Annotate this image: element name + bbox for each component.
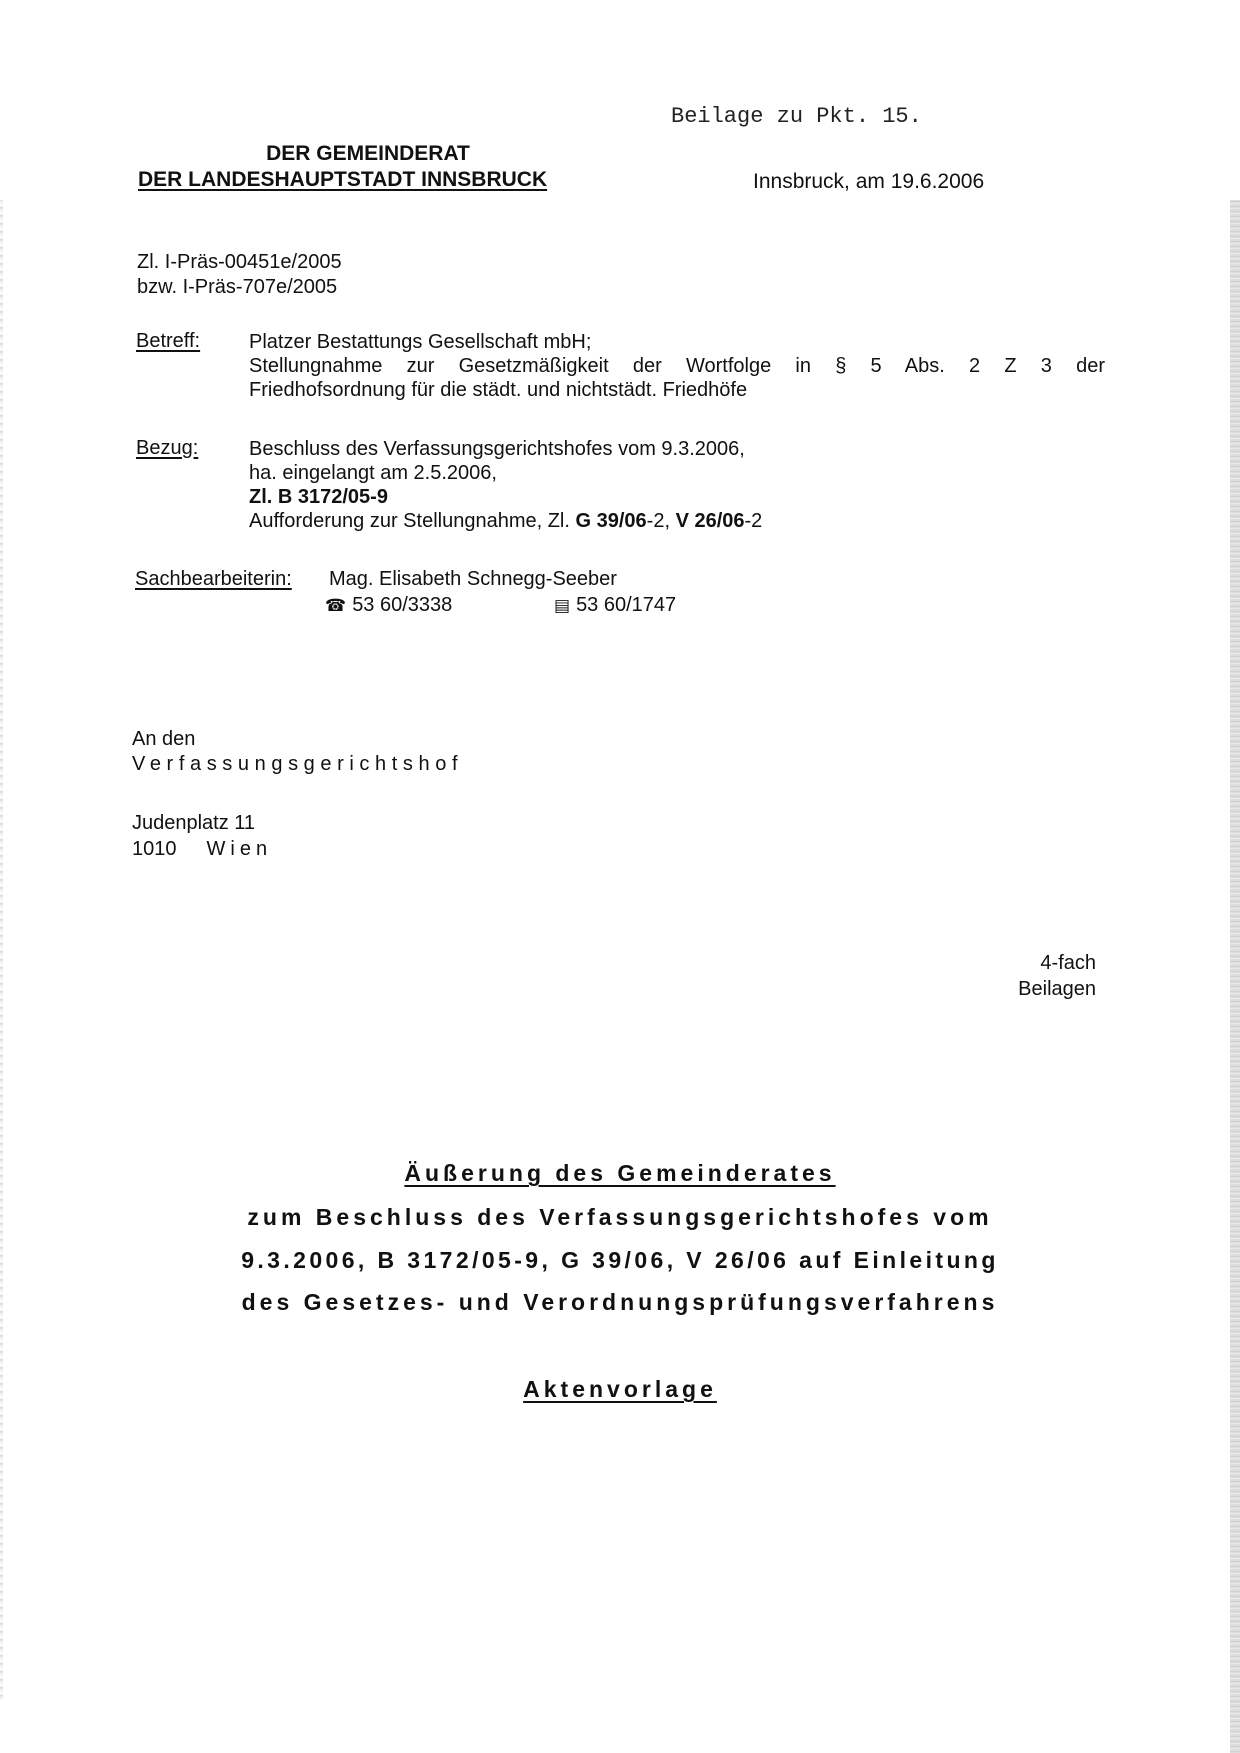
place-date: Innsbruck, am 19.6.2006 <box>753 170 984 194</box>
subject-label: Betreff: <box>136 330 200 353</box>
recipient-salutation: An den <box>132 727 195 752</box>
clerk-label: Sachbearbeiterin: <box>135 568 292 591</box>
postcode: 1010 <box>132 838 177 860</box>
reference-line: Beschluss des Verfassungsgerichtshofes v… <box>249 437 762 461</box>
clerk-name: Mag. Elisabeth Schnegg-Seeber <box>329 568 617 591</box>
fax-number: ▤53 60/1747 <box>554 594 676 617</box>
statement-subtitle-line: des Gesetzes- und Verordnungsprüfungsver… <box>0 1289 1240 1316</box>
subject-line: Platzer Bestattungs Gesellschaft mbH; <box>249 330 1105 354</box>
file-submission-heading: Aktenvorlage <box>0 1376 1240 1403</box>
subject-text: Platzer Bestattungs Gesellschaft mbH; St… <box>249 330 1105 402</box>
reference-file-number: Zl. B 3172/05-9 <box>249 485 762 509</box>
reference-g-suffix: -2, <box>647 510 676 532</box>
scan-edge-artifact <box>1230 200 1240 1753</box>
subject-line: Friedhofsordnung für die städt. und nich… <box>249 378 1105 402</box>
reference-line: ha. eingelangt am 2.5.2006, <box>249 461 762 485</box>
statement-subtitle-line: zum Beschluss des Verfassungsgerichtshof… <box>0 1204 1240 1231</box>
reference-g-number: G 39/06 <box>575 510 646 532</box>
statement-subtitle-line: 9.3.2006, B 3172/05-9, G 39/06, V 26/06 … <box>0 1247 1240 1274</box>
reference-line: bzw. I-Präs-707e/2005 <box>137 275 342 300</box>
fax-value: 53 60/1747 <box>576 594 676 616</box>
city: Wien <box>207 838 273 860</box>
reference-text: Beschluss des Verfassungsgerichtshofes v… <box>249 437 762 533</box>
phone-number: ☎53 60/3338 <box>325 594 452 617</box>
copies-note: 4-fach Beilagen <box>1018 950 1096 1002</box>
copies-count: 4-fach <box>1018 950 1096 976</box>
statement-title: Äußerung des Gemeinderates <box>0 1160 1240 1187</box>
reference-line: Zl. I-Präs-00451e/2005 <box>137 250 342 275</box>
recipient-city: 1010Wien <box>132 837 272 862</box>
organization-city: DER LANDESHAUPTSTADT INNSBRUCK <box>138 168 547 192</box>
reference-prefix: Aufforderung zur Stellungnahme, Zl. <box>249 510 575 532</box>
recipient-name: Verfassungsgerichtshof <box>132 752 463 777</box>
attachment-stamp: Beilage zu Pkt. 15. <box>671 104 922 129</box>
document-page: Beilage zu Pkt. 15. DER GEMEINDERAT DER … <box>0 0 1240 1753</box>
reference-numbers: Zl. I-Präs-00451e/2005 bzw. I-Präs-707e/… <box>137 250 342 300</box>
telephone-icon: ☎ <box>325 596 346 616</box>
reference-label: Bezug: <box>136 437 198 460</box>
recipient-street: Judenplatz 11 <box>132 811 255 836</box>
reference-v-suffix: -2 <box>745 510 763 532</box>
attachments-label: Beilagen <box>1018 976 1096 1002</box>
fax-icon: ▤ <box>554 596 570 616</box>
phone-value: 53 60/3338 <box>352 594 452 616</box>
reference-v-number: V 26/06 <box>676 510 745 532</box>
reference-line: Aufforderung zur Stellungnahme, Zl. G 39… <box>249 509 762 533</box>
scan-edge-artifact <box>0 200 3 1700</box>
organization-name: DER GEMEINDERAT <box>138 142 598 166</box>
subject-line: Stellungnahme zur Gesetzmäßigkeit der Wo… <box>249 354 1105 378</box>
